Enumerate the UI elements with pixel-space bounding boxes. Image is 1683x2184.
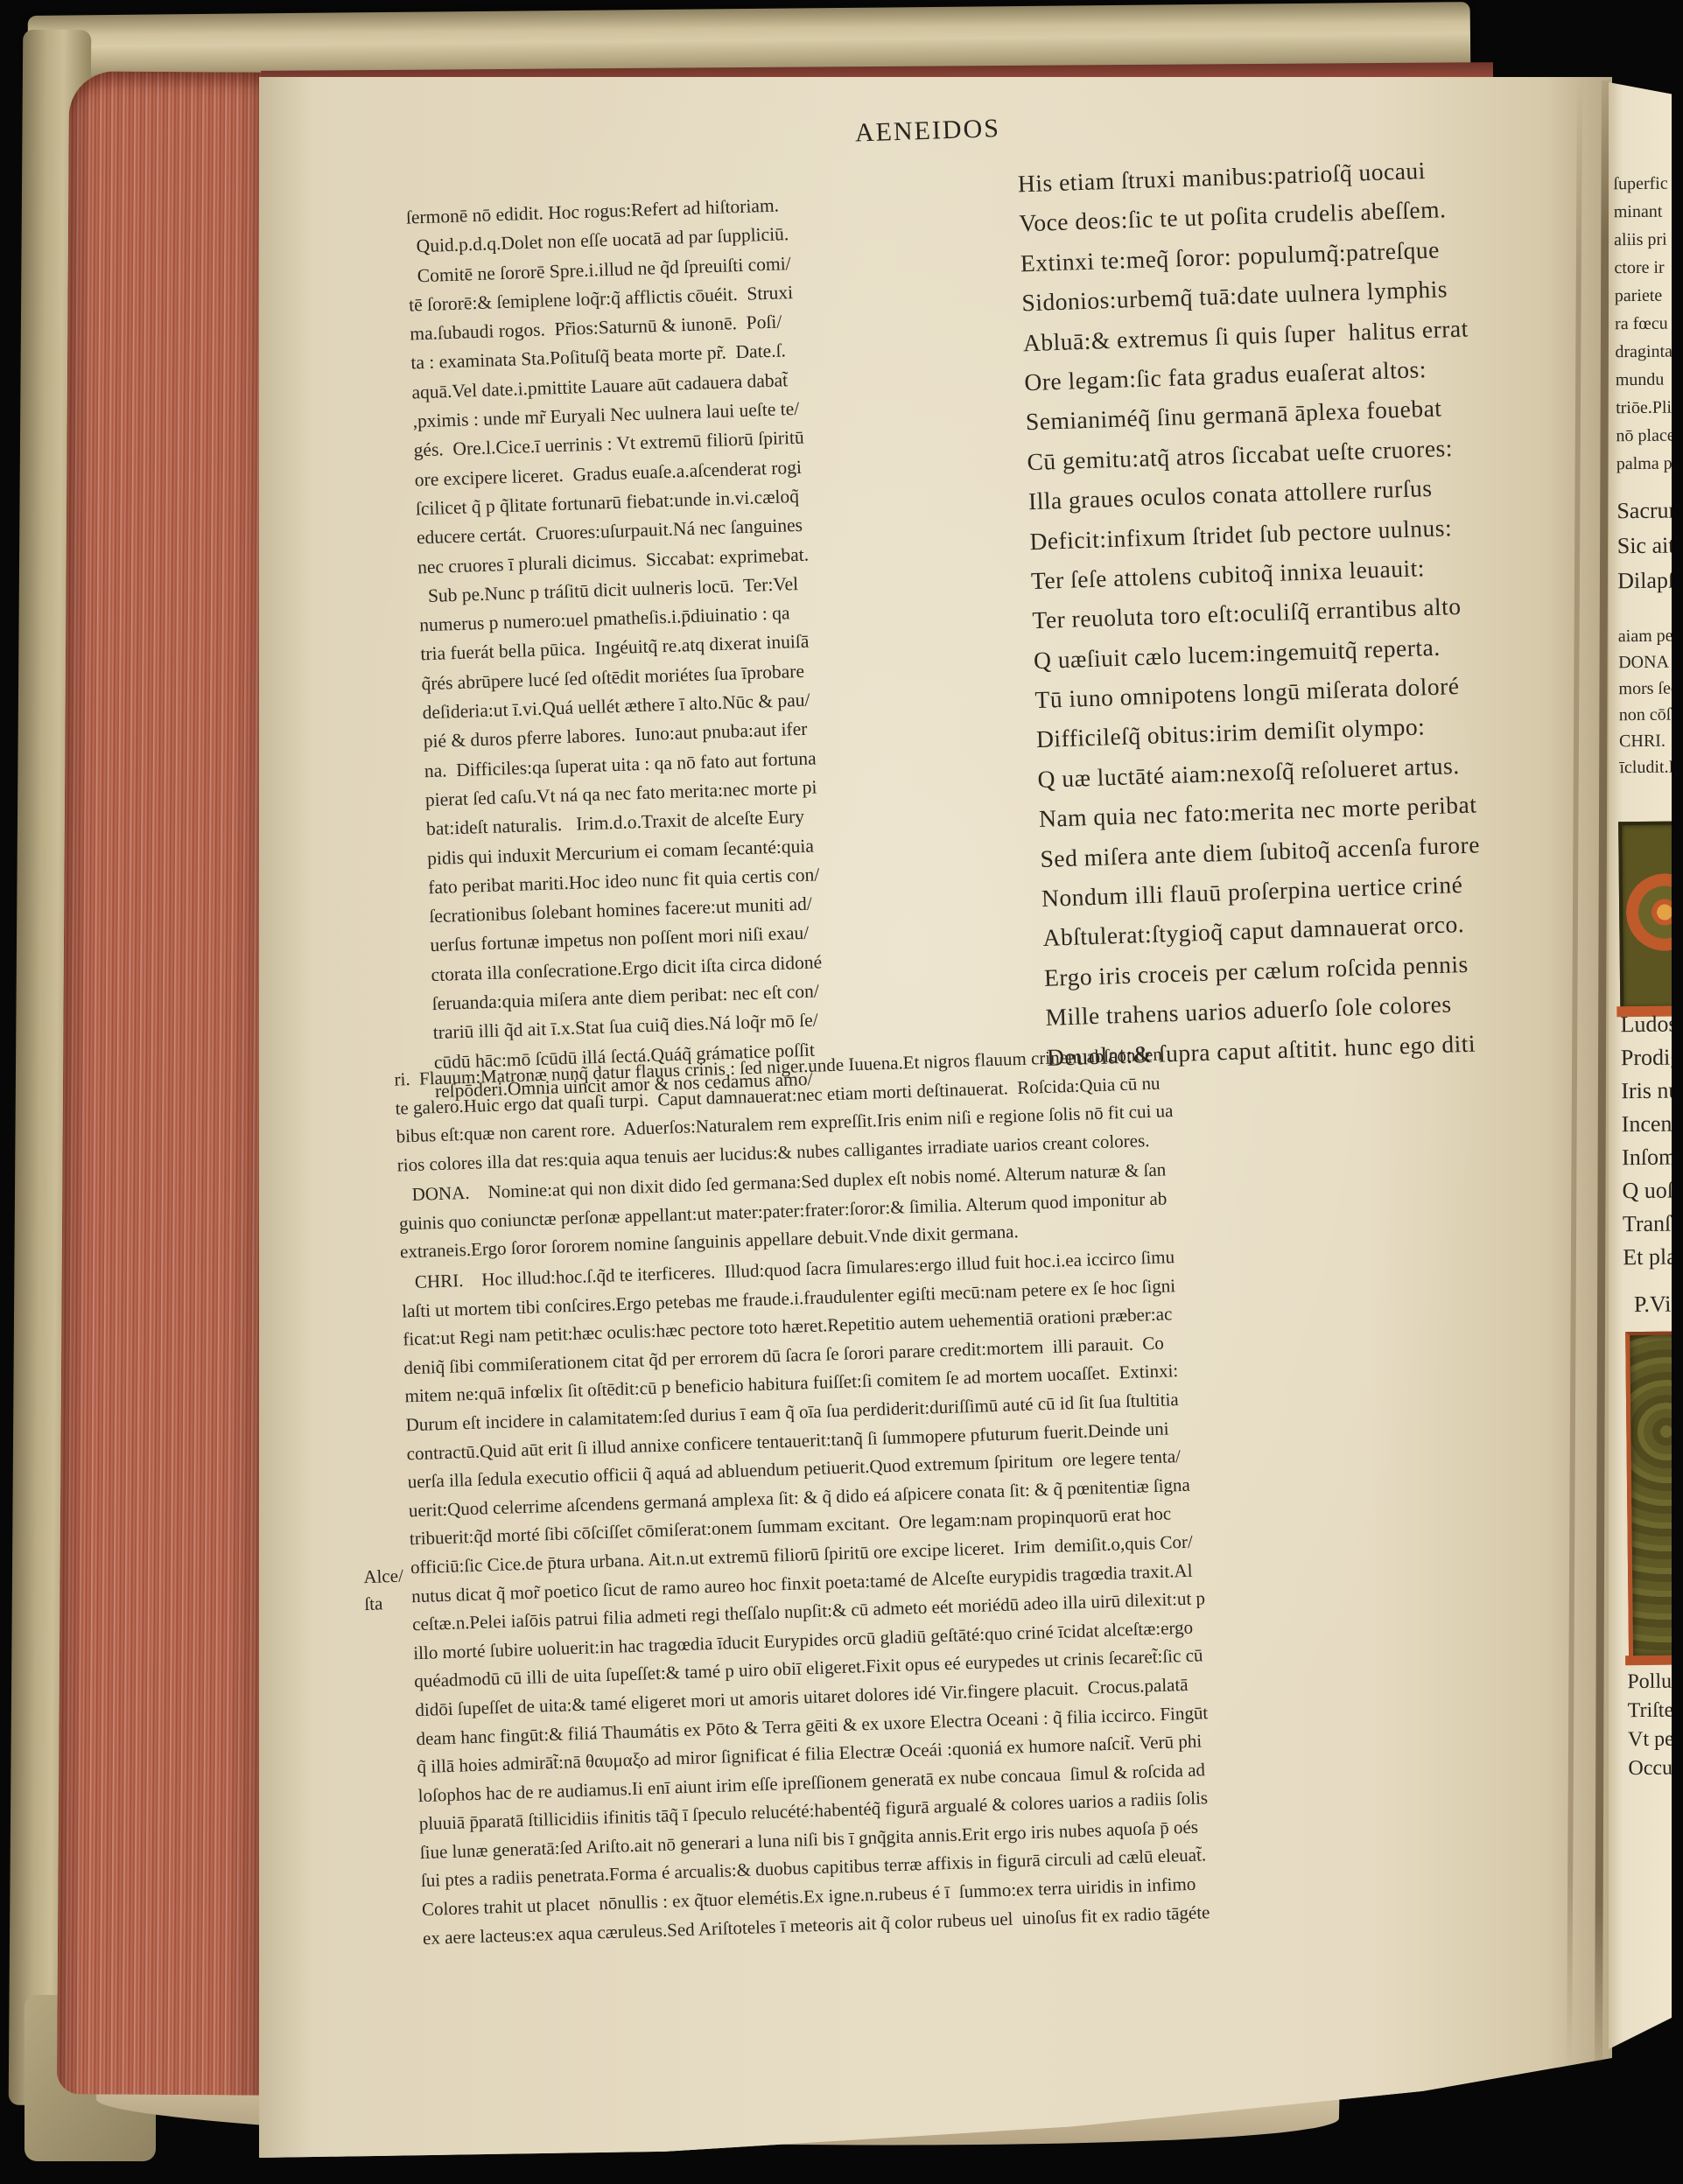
fragment-line: nō place [1616, 422, 1672, 451]
facing-fragment-big-1: SacrumSic ait:Dilapſu [1616, 493, 1672, 598]
fragment-line: Dilapſu [1617, 563, 1672, 598]
red-stained-fore-edge [57, 71, 279, 2095]
facing-page-text-layer: ſuperficminantaliis prictore irparietera… [1609, 82, 1672, 2049]
fragment-line: Iris nut [1621, 1074, 1672, 1108]
facing-fragment-big-3: PollutoTriſte pVt pel:Occurr [1627, 1667, 1672, 1783]
fragment-line: draginta [1615, 338, 1672, 367]
facing-page-sliver: ſuperficminantaliis prictore irparietera… [1609, 82, 1672, 2049]
fragment-line: Tranſcr [1623, 1207, 1672, 1241]
commentary-chri: CHRI. Hoc illud:hoc.ſ.q̃d te iterficeres… [401, 1228, 1635, 1953]
floral-roundel-initial-icon [1618, 822, 1672, 1011]
facing-fragment-small-1: ſuperficminantaliis prictore irparietera… [1613, 170, 1672, 479]
fragment-line: Occurr [1628, 1753, 1672, 1783]
fragment-line: non cōſe [1619, 702, 1672, 729]
fragment-line: minant [1614, 198, 1672, 227]
fragment-line: Ludos [1620, 1007, 1672, 1041]
fragment-line: DONA [1618, 649, 1672, 676]
commentary-left-column: ſermonē nō edidit. Hoc rogus:Refert ad h… [405, 184, 1039, 1107]
foliage-panel-initial-icon [1625, 1332, 1672, 1658]
fragment-line: mors ſeq [1618, 675, 1672, 703]
fragment-line: Sic ait: [1617, 528, 1672, 563]
fragment-line: Et placi [1623, 1240, 1672, 1274]
fragment-line: Polluto [1627, 1667, 1672, 1697]
fragment-line: aiam per [1618, 623, 1672, 650]
fragment-line: triōe.Pli [1616, 394, 1672, 423]
poem-column: His etiam ſtruxi manibus:patrioſq̃ uocau… [1017, 145, 1624, 1077]
fragment-line: Inſomn [1622, 1140, 1672, 1174]
fragment-line: pariete [1615, 282, 1672, 311]
fragment-line: aliis pri [1614, 226, 1672, 255]
margin-note-line: ſta [364, 1590, 404, 1618]
ornament-border-strip-icon [1625, 1655, 1672, 1666]
facing-fragment-pvir: P.Vir [1634, 1291, 1672, 1319]
fragment-line: Triſte p [1628, 1696, 1672, 1725]
fragment-line: Prodigi [1621, 1040, 1672, 1074]
fragment-line: Incendi [1622, 1107, 1672, 1141]
fragment-line: ctore ir [1614, 254, 1672, 283]
page-text-layer: AENEIDOS ſermonē nō edidit. Hoc rogus:Re… [230, 56, 1651, 2180]
fragment-line: mundu [1616, 366, 1672, 395]
facing-fragment-small-2: aiam perDONAmors ſeqnon cōſeCHRI.īcludit… [1618, 623, 1672, 781]
fragment-line: Q uoſc [1622, 1173, 1672, 1207]
fragment-line: Vt pel: [1628, 1725, 1672, 1754]
margin-note-line: Alce/ [363, 1563, 403, 1591]
margin-note-alcesta: Alce/ſta [363, 1563, 405, 1618]
running-title: AENEIDOS [854, 114, 1000, 148]
book-page: AENEIDOS ſermonē nō edidit. Hoc rogus:Re… [259, 77, 1612, 2158]
fragment-line: ra fœcu [1615, 310, 1672, 339]
fragment-line: CHRI. [1619, 728, 1672, 755]
fragment-line: īcludit.E [1619, 754, 1672, 781]
fragment-line: ſuperfic [1613, 170, 1672, 199]
fragment-line: palma p [1616, 450, 1672, 479]
fragment-line: Sacrum [1616, 493, 1672, 528]
facing-fragment-big-2: LudosProdigiIris nutIncendiInſomnQ uoſcT… [1620, 1007, 1672, 1274]
